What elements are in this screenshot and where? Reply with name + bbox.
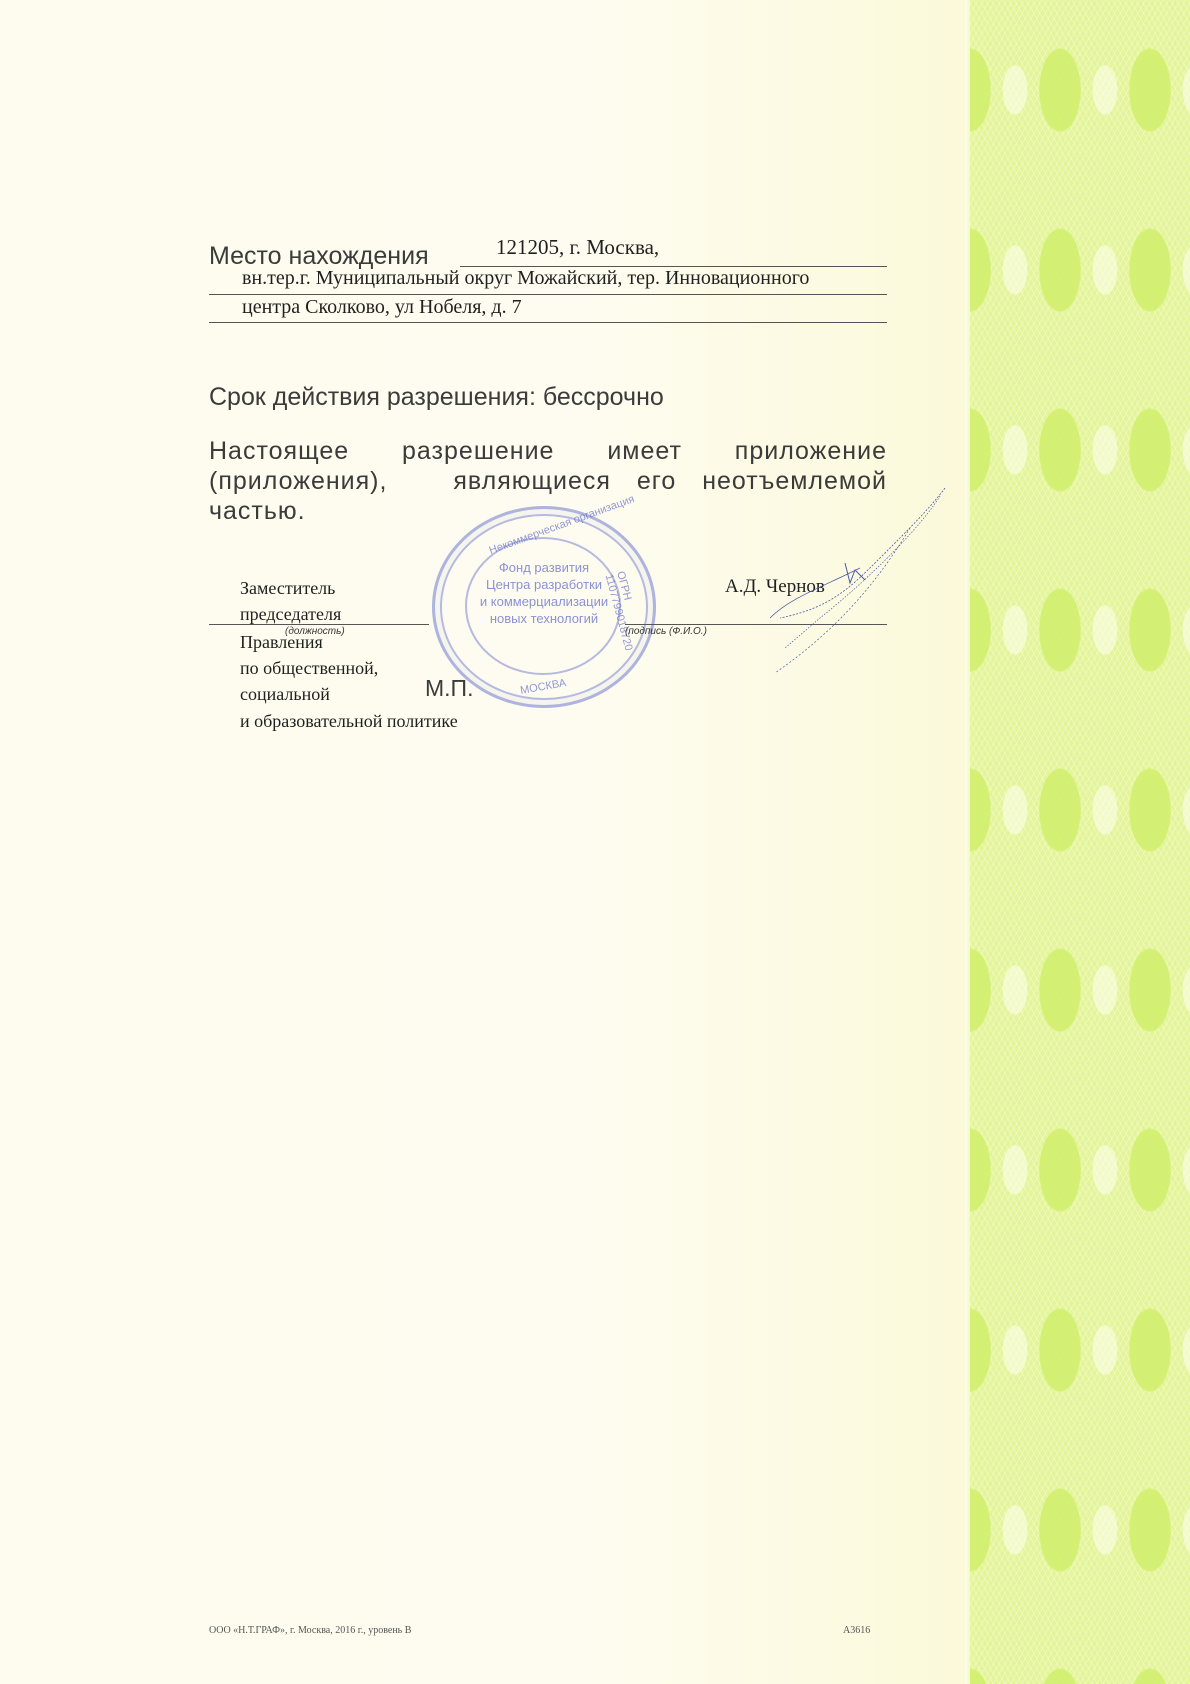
position-line-4: по общественной, <box>240 658 378 679</box>
annex-word: (приложения), <box>209 466 387 496</box>
location-line-1: 121205, г. Москва, <box>496 235 659 260</box>
annex-word: Настоящее <box>209 436 349 466</box>
name-caption: (подпись (Ф.И.О.) <box>625 626 707 637</box>
position-line-1: Заместитель <box>240 578 335 599</box>
annex-word: имеет <box>607 436 682 466</box>
location-line-2: вн.тер.г. Муниципальный округ Можайский,… <box>242 267 809 290</box>
seal-label: М.П. <box>425 675 473 702</box>
location-line-3: центра Сколково, ул Нобеля, д. 7 <box>242 296 522 319</box>
validity-text: Срок действия разрешения: бессрочно <box>209 383 664 412</box>
position-line-3: Правления <box>240 632 323 653</box>
stamp-ring-bottom: МОСКВА <box>519 677 567 697</box>
handwritten-signature <box>760 488 950 698</box>
location-rule-2 <box>209 294 887 295</box>
annex-line-1: Настоящее разрешение имеет приложение <box>209 436 887 466</box>
position-line-5: социальной <box>240 684 330 705</box>
annex-word: его <box>637 466 676 496</box>
annex-word: являющиеся <box>453 466 611 496</box>
annex-word: приложение <box>735 436 887 466</box>
location-rule-3 <box>209 322 887 323</box>
document-page <box>0 0 970 1684</box>
position-rule <box>209 624 429 625</box>
printer-imprint: ООО «Н.Т.ГРАФ», г. Москва, 2016 г., уров… <box>209 1625 411 1636</box>
security-pattern-band <box>970 0 1190 1684</box>
position-line-2: председателя <box>240 604 341 625</box>
annex-word: разрешение <box>402 436 554 466</box>
form-serial-number: А3616 <box>843 1625 870 1636</box>
position-line-6: и образовательной политике <box>240 711 458 732</box>
